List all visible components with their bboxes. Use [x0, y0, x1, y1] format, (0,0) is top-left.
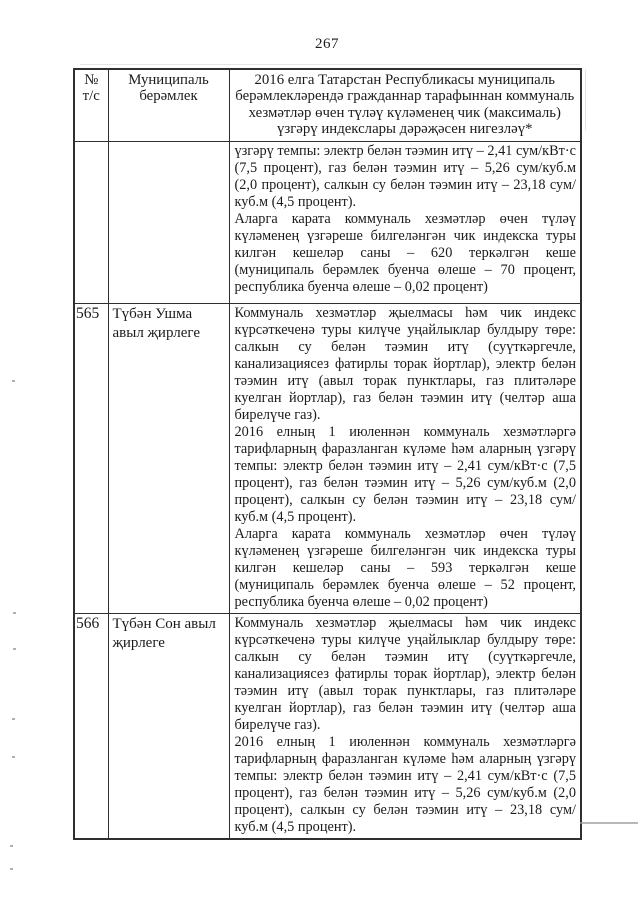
description-paragraph: Коммуналь хезмәтләр җыелмасы һәм чик инд…: [235, 305, 577, 424]
scan-speck: [10, 868, 13, 870]
header-number-cell: № т/с: [74, 69, 108, 141]
scan-artifact-line: [580, 822, 638, 824]
row-number-cell: 566: [74, 613, 108, 839]
document-page: 267 № т/с Муниципаль берәмлек 2016 елга …: [0, 0, 640, 905]
scan-speck: [12, 380, 15, 382]
scan-artifact-line: [80, 64, 580, 65]
scan-artifact-line: [585, 70, 586, 130]
scan-speck: [13, 648, 16, 650]
description-paragraph: үзгәрү темпы: электр белән тәэмин итү – …: [235, 143, 577, 211]
description-paragraph: 2016 елның 1 июленнән коммуналь хезмәтлә…: [235, 734, 577, 836]
municipality-cell: Түбән Сон авыл җирлеге: [108, 613, 229, 839]
table-header-row: № т/с Муниципаль берәмлек 2016 елга Тата…: [74, 69, 581, 141]
municipality-cell: Түбән Ушма авыл җирлеге: [108, 303, 229, 613]
scan-speck: [13, 612, 16, 614]
header-municipality-cell: Муниципаль берәмлек: [108, 69, 229, 141]
description-cell: Коммуналь хезмәтләр җыелмасы һәм чик инд…: [229, 613, 581, 839]
table-row: үзгәрү темпы: электр белән тәэмин итү – …: [74, 141, 581, 303]
table-row: 565 Түбән Ушма авыл җирлеге Коммуналь хе…: [74, 303, 581, 613]
page-number: 267: [262, 36, 392, 53]
scan-speck: [12, 756, 15, 758]
scan-speck: [10, 845, 13, 847]
description-cell: Коммуналь хезмәтләр җыелмасы һәм чик инд…: [229, 303, 581, 613]
description-paragraph: Аларга карата коммуналь хезмәтләр өчен т…: [235, 211, 577, 296]
tariff-index-table: № т/с Муниципаль берәмлек 2016 елга Тата…: [73, 68, 582, 840]
row-number-cell: [74, 141, 108, 303]
description-paragraph: Коммуналь хезмәтләр җыелмасы һәм чик инд…: [235, 615, 577, 734]
table-row: 566 Түбән Сон авыл җирлеге Коммуналь хез…: [74, 613, 581, 839]
header-description-cell: 2016 елга Татарстан Республикасы муницип…: [229, 69, 581, 141]
description-cell: үзгәрү темпы: электр белән тәэмин итү – …: [229, 141, 581, 303]
description-paragraph: 2016 елның 1 июленнән коммуналь хезмәтлә…: [235, 424, 577, 526]
description-paragraph: Аларга карата коммуналь хезмәтләр өчен т…: [235, 526, 577, 611]
municipality-cell: [108, 141, 229, 303]
row-number-cell: 565: [74, 303, 108, 613]
scan-speck: [12, 718, 15, 720]
